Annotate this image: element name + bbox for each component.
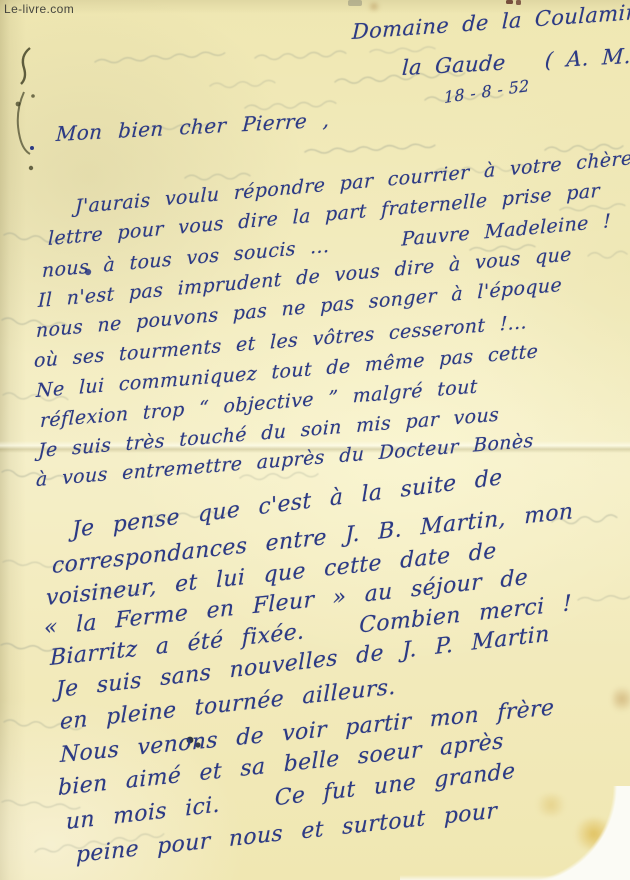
watermark-text: Le-livre.com (4, 2, 74, 16)
scanned-letter-page: Le-livre.com Domaine de la Coulamine la … (0, 0, 630, 880)
paper-corner (518, 786, 630, 880)
ink-dot (30, 146, 34, 150)
